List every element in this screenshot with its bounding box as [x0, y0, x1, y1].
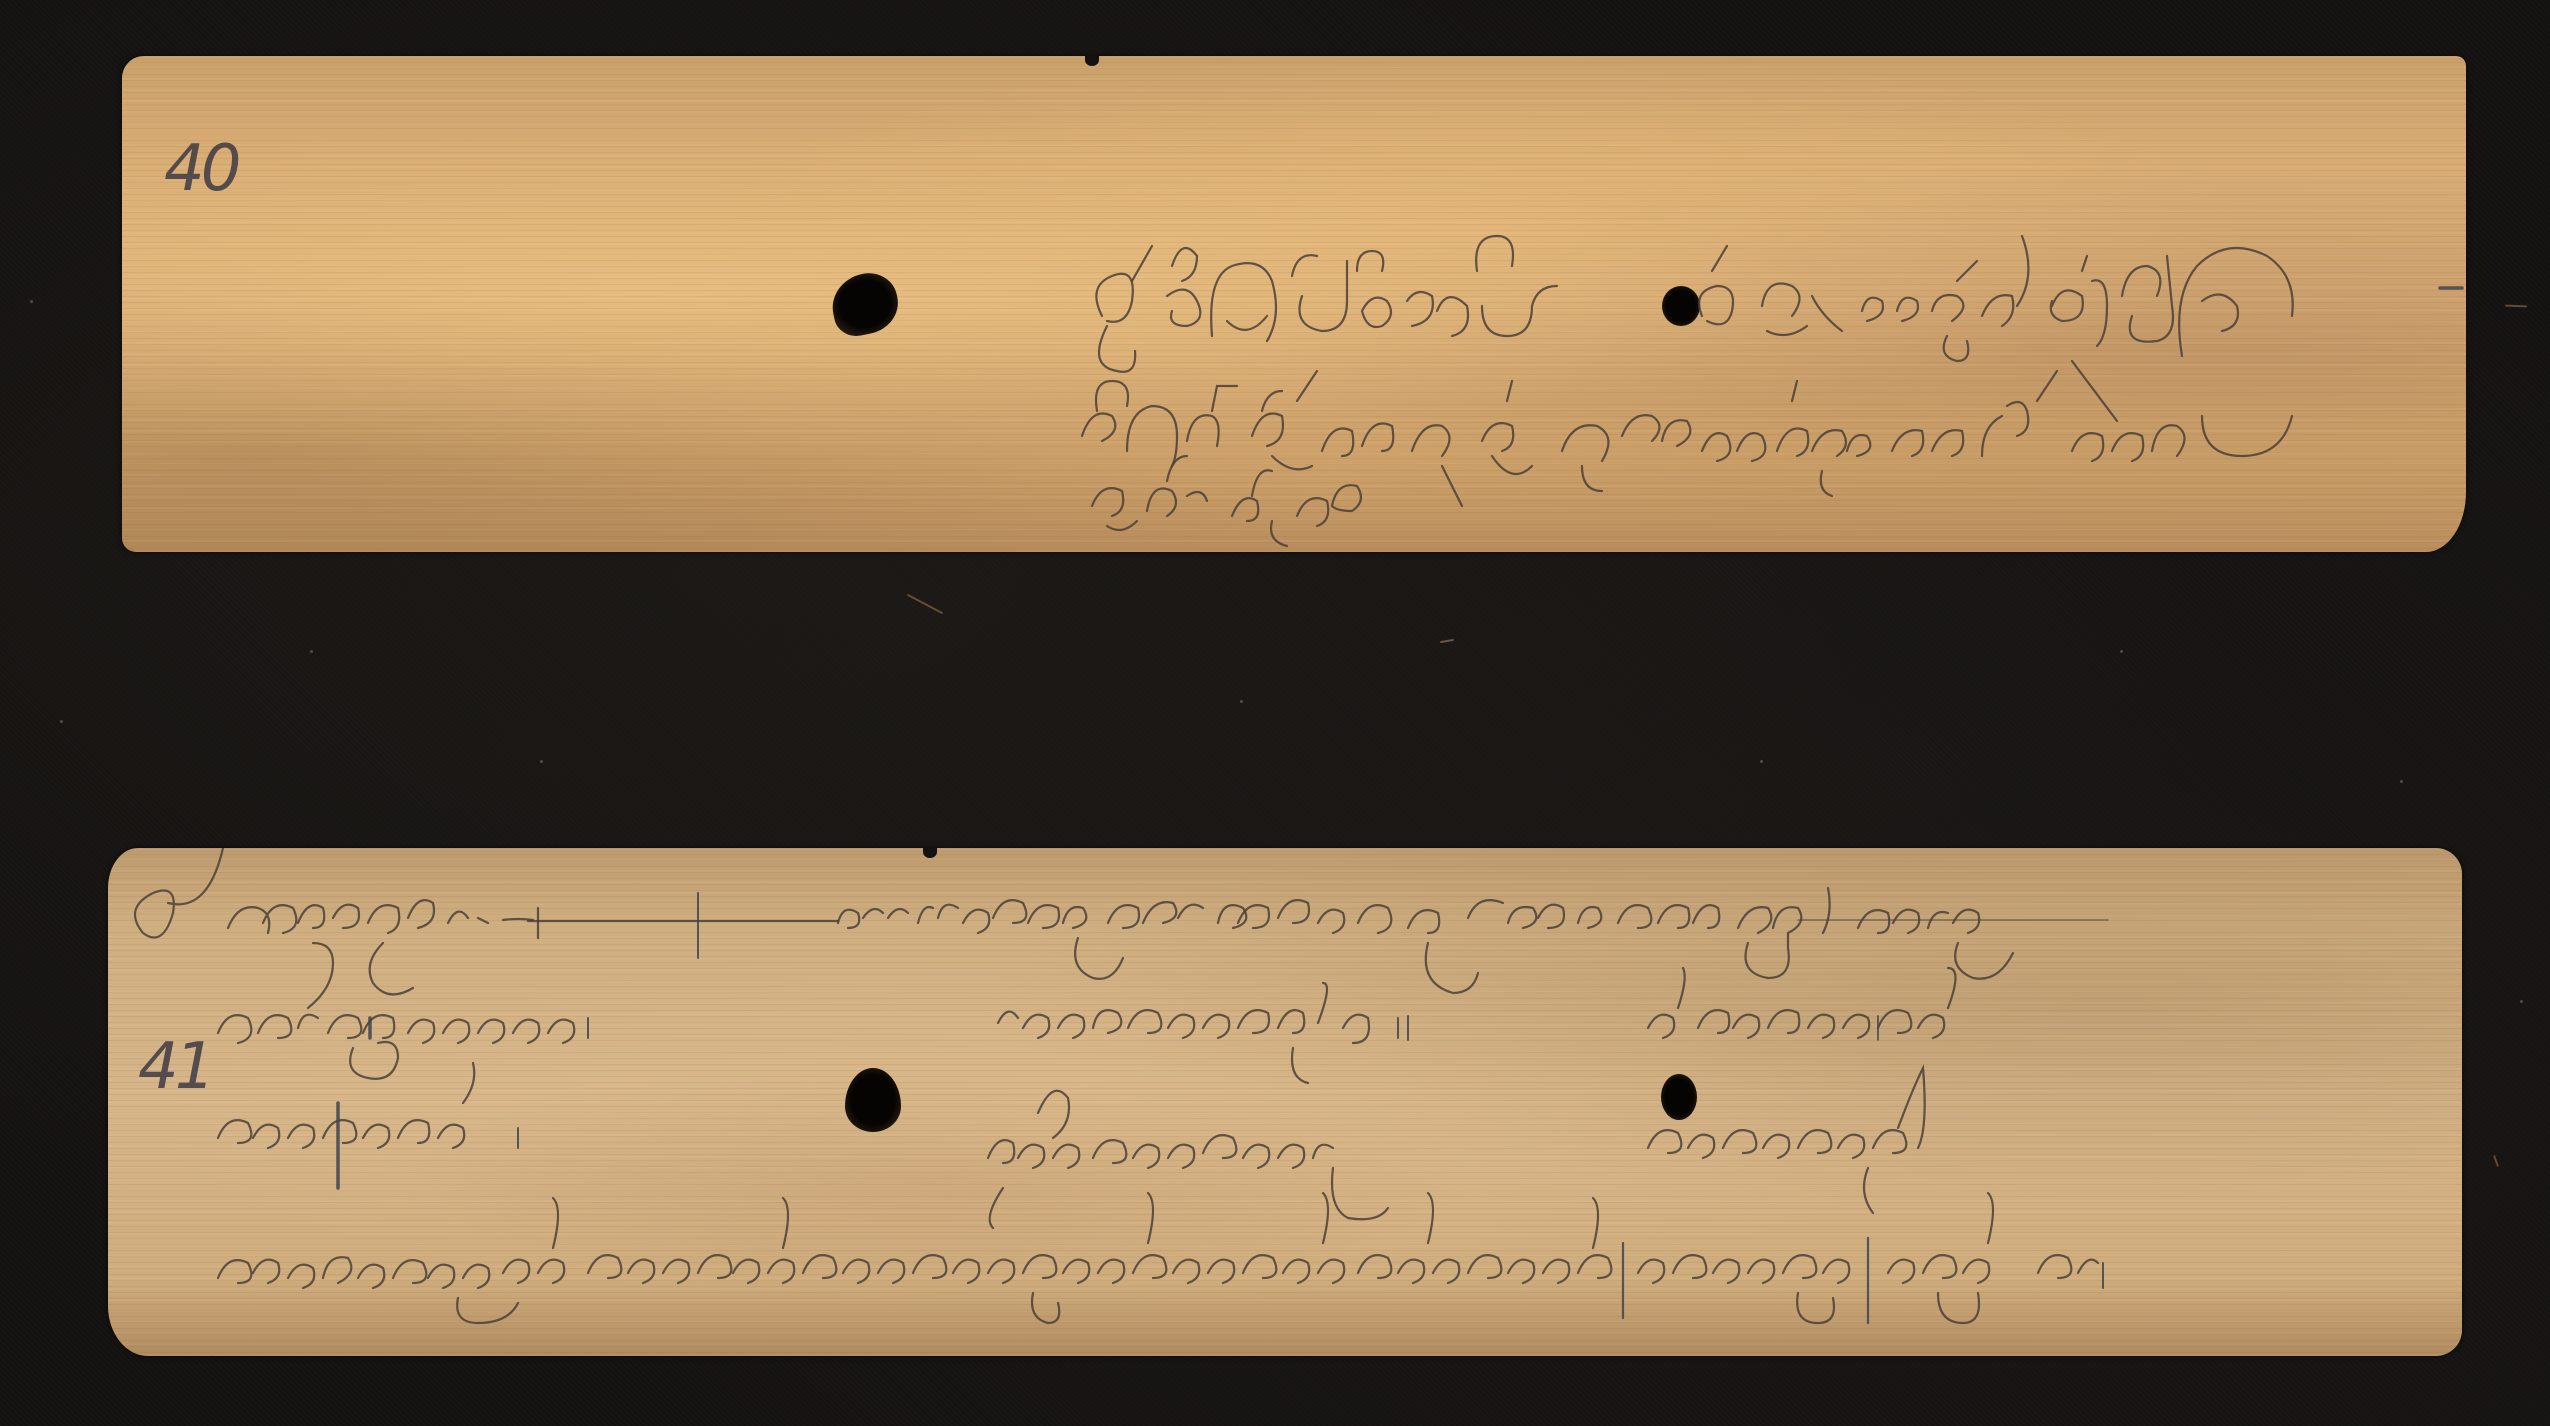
leaf-edge-notch	[1085, 56, 1099, 66]
cloth-speck	[30, 300, 33, 303]
cloth-speck	[2120, 650, 2123, 653]
folio-number: 41	[138, 1030, 211, 1104]
leaf-grain-texture	[108, 848, 2462, 1356]
palm-leaf-bottom: 41	[108, 848, 2462, 1356]
binding-hole-left	[845, 1068, 901, 1132]
folio-number: 40	[164, 132, 237, 206]
photo-stage: 40	[0, 0, 2550, 1426]
cloth-lint	[907, 594, 943, 615]
binding-hole-right	[1662, 286, 1700, 326]
script-line-lower	[1082, 371, 2292, 546]
binding-hole-left	[826, 268, 903, 340]
cloth-speck	[310, 650, 313, 653]
leaf-grain-texture	[122, 56, 2466, 552]
cloth-speck	[2400, 780, 2403, 783]
script-text-bottom-leaf	[108, 848, 2462, 1356]
cloth-speck	[540, 760, 543, 763]
cloth-lint	[2493, 1155, 2499, 1167]
binding-hole-right	[1661, 1074, 1697, 1120]
script-line-upper	[1096, 236, 2292, 421]
script-line-1	[135, 848, 2108, 1008]
cloth-lint	[1440, 639, 1454, 643]
cloth-lint	[2505, 305, 2527, 308]
script-text-top-leaf	[122, 56, 2466, 552]
cloth-speck	[60, 720, 63, 723]
scene-description: Two palm-leaf (lontar) manuscript leaves…	[0, 0, 1, 1]
palm-leaf-top: 40	[122, 56, 2466, 552]
script-line-4	[218, 1193, 2103, 1323]
cloth-speck	[1240, 700, 1243, 703]
cloth-speck	[2520, 1000, 2523, 1003]
cloth-speck	[1760, 760, 1763, 763]
script-line-2	[218, 968, 1956, 1083]
leaf-edge-notch	[923, 848, 937, 858]
